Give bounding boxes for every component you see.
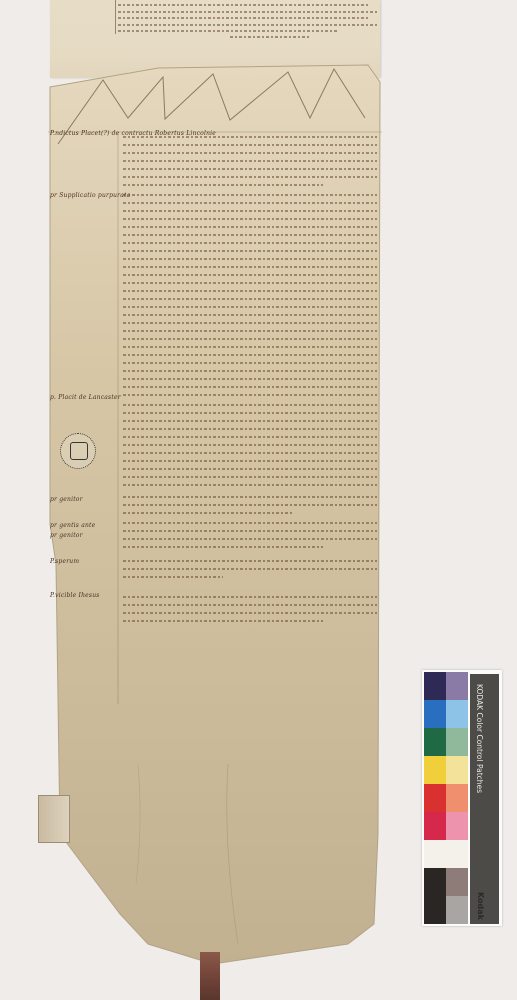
- patch-red: [424, 784, 446, 812]
- patch-light-green: [446, 728, 468, 756]
- margin-note: P.sperum: [50, 558, 79, 565]
- margin-note: p. Placit de Lancaster: [50, 394, 121, 401]
- patch-light-blue: [446, 700, 468, 728]
- patch-blue: [424, 700, 446, 728]
- ruled-margin: [115, 0, 116, 34]
- patch-yellow: [424, 756, 446, 784]
- stamp-crest: [70, 442, 88, 460]
- script-line: [118, 11, 378, 13]
- kodak-color-card: KODAK Color Control Patches Kodak: [422, 670, 502, 926]
- patch-light-yellow: [446, 756, 468, 784]
- parchment-tab: [38, 795, 70, 843]
- script-line: [118, 30, 338, 32]
- patch-pink: [446, 812, 468, 840]
- margin-note: P.vicible Ihesus: [50, 592, 100, 599]
- patch-white: [424, 840, 468, 868]
- script-line: [118, 4, 368, 6]
- script-line: [230, 36, 310, 38]
- margin-note: pr genitor: [50, 496, 83, 503]
- patch-green: [424, 728, 446, 756]
- margin-note: P.ndictus Placet(?) de contractu Robertu…: [50, 130, 216, 137]
- parchment-shape: [48, 64, 382, 1000]
- margin-note: pr genitor: [50, 532, 83, 539]
- parchment-roll: P.ndictus Placet(?) de contractu Robertu…: [48, 64, 382, 1000]
- patch-gray-brown: [446, 868, 468, 896]
- patch-dark-blue: [424, 672, 446, 700]
- script-line: [118, 17, 368, 19]
- archive-stamp-icon: [60, 433, 96, 469]
- kodak-brand: Kodak: [476, 892, 485, 920]
- seal-tag: [200, 952, 220, 1000]
- patch-salmon: [446, 784, 468, 812]
- margin-note: pr Supplicatio purpurata: [50, 192, 130, 199]
- patch-black: [424, 868, 446, 924]
- patch-gray: [446, 896, 468, 924]
- margin-note: pr gentis ante: [50, 522, 95, 529]
- patch-magenta: [424, 812, 446, 840]
- script-line: [118, 24, 378, 26]
- kodak-label: KODAK Color Control Patches: [475, 684, 484, 793]
- patch-lavender: [446, 672, 468, 700]
